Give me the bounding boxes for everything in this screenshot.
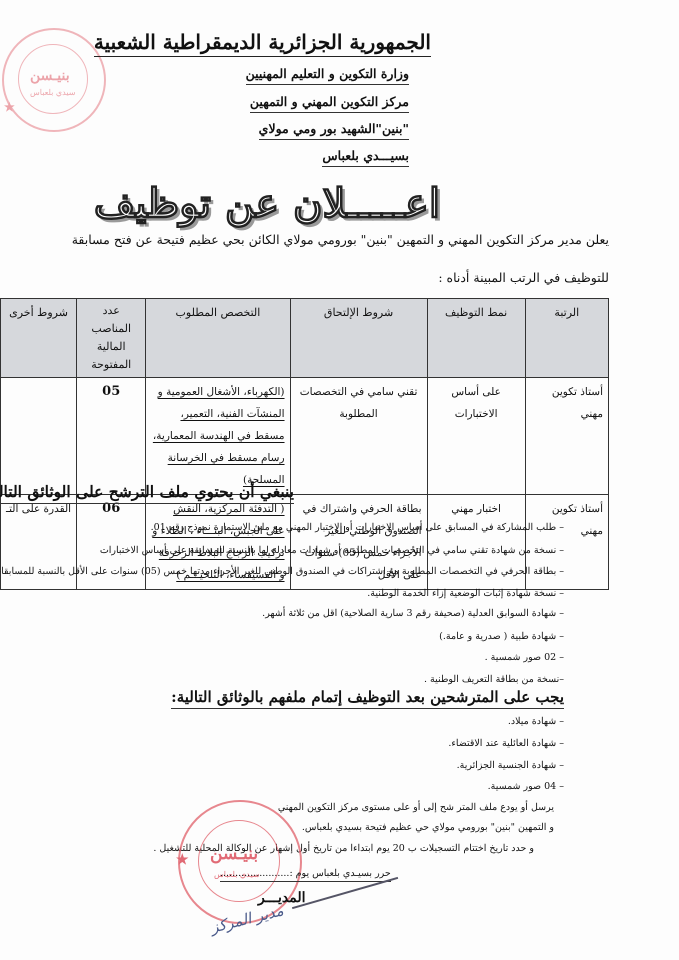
after-hiring-item: – 04 صور شمسية. [488, 781, 564, 792]
cell-specialty: (الكهرباء، الأشغال العمومية و المنشآت ال… [146, 378, 290, 495]
cell-mode: على أساس الاختبارات [427, 378, 525, 495]
document-item: – طلب المشاركة في المسابق على أساس الاخت… [151, 522, 564, 533]
stamp-center-text: بنيـسن [210, 844, 258, 864]
stamp-star-icon: ★ [176, 852, 189, 868]
submission-text-1: يرسل أو يودع ملف المتر شح إلى أو على مست… [278, 802, 554, 813]
stamp-center-text: بنيـسن [30, 68, 70, 84]
stamp-city-text: سيدي بلعباس [30, 88, 75, 97]
document-item: – نسخة شهادة إثبات الوضعية إزاء الخدمة ا… [367, 588, 564, 599]
table-row: أستاذ تكوين مهني على أساس الاختبارات تقن… [1, 378, 609, 495]
document-item: – بطاقة الحرفي في التخصصات المطلوبة مع ا… [0, 566, 564, 577]
document-item: –نسخة من بطاقة التعريف الوطنية . [424, 674, 564, 685]
signature-place-date: حرر بسيـدي بلعباس يوم :.................… [220, 868, 391, 882]
document-item: – شهادة طبية ( صدرية و عامة.) [439, 631, 564, 642]
cell-rank: أستاذ تكوين مهني [525, 378, 608, 495]
intro-text-2: للتوظيف في الرتب المبينة أدناه : [438, 270, 609, 285]
after-hiring-item: – شهادة العائلية عند الاقتضاء. [448, 738, 564, 749]
document-item: – 02 صور شمسية . [485, 652, 564, 663]
submission-text-2: و التمهين "بنين" بورومي مولاي حي عظيم فت… [302, 822, 554, 833]
republic-heading: الجمهورية الجزائرية الديمقراطية الشعبية [94, 30, 431, 57]
table-header-row: الرتبة نمط التوظيف شروط الإلتحاق التخصص … [1, 299, 609, 378]
col-other: شروط أخرى [1, 299, 77, 378]
after-hiring-heading: يجب على المترشحين بعد التوظيف إتمام ملفه… [171, 688, 564, 709]
center-name-line: "بنين"الشهيد بور ومي مولاي [259, 121, 409, 140]
intro-text: يعلن مدير مركز التكوين المهني و التمهين … [0, 232, 679, 247]
col-positions: عدد المناصب المالية المفتوحة [77, 299, 146, 378]
after-hiring-item: – شهادة الجنسية الجزائرية. [457, 760, 564, 771]
announcement-title: اعـــــلان عن توظيف [145, 180, 440, 227]
col-mode: نمط التوظيف [427, 299, 525, 378]
after-hiring-item: – شهادة ميلاد. [508, 716, 564, 727]
center-line: مركز التكوين المهني و التمهين [250, 94, 409, 113]
col-conditions: شروط الإلتحاق [290, 299, 427, 378]
city-line: بسيـــدي بلعباس [322, 148, 409, 167]
cell-positions: 05 [77, 378, 146, 495]
col-specialty: التخصص المطلوب [146, 299, 290, 378]
cell-conditions: تقني سامي في التخصصات المطلوبة [290, 378, 427, 495]
stamp-star-icon: ★ [4, 100, 15, 114]
document-item: – نسخة من شهادة تقني سامي في التخصصات ال… [100, 545, 564, 556]
document-item: – شهادة السوابق العدلية (صحيفة رقم 3 سار… [262, 608, 564, 619]
required-documents-heading: ينبغي أن يحتوي ملف الترشح على الوثائق ال… [0, 482, 294, 504]
ministry-line: وزارة التكوين و التعليم المهنيين [246, 66, 409, 85]
cell-other [1, 378, 77, 495]
official-stamp-top: بنيـسن سيدي بلعباس ★ [2, 28, 106, 132]
col-rank: الرتبة [525, 299, 608, 378]
